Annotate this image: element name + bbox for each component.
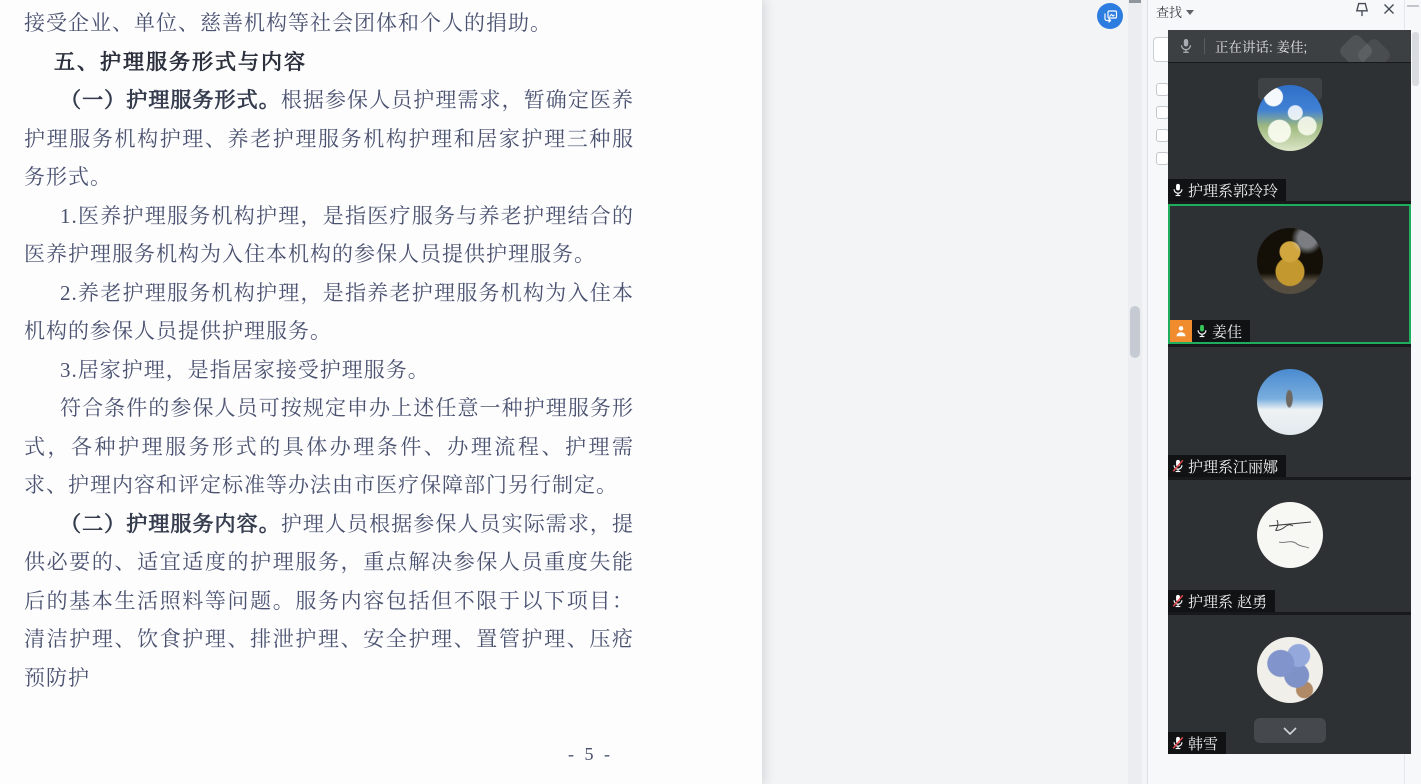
participant-name-chip: 护理系江丽娜 [1168,455,1286,477]
participant-name-chip: 韩雪 [1168,732,1226,754]
mic-muted-icon [1171,736,1185,750]
doc-paragraph: 3.居家护理，是指居家接受护理服务。 [24,351,634,390]
document-scrollbar-thumb[interactable] [1130,306,1140,358]
doc-paragraph: 符合条件的参保人员可按规定申办上述任意一种护理服务形式，各种护理服务形式的具体办… [24,389,634,505]
avatar [1257,637,1323,703]
participant-name-chip: 姜佳 [1192,320,1250,342]
close-panel-button[interactable] [1382,2,1398,18]
active-speaker-bar: 正在讲话: 姜佳; [1168,30,1411,62]
doc-paragraph: 2.养老护理服务机构护理，是指养老护理服务机构为入住本机构的参保人员提供护理服务… [24,274,634,351]
doc-paragraph: （一）护理服务形式。根据参保人员护理需求，暂确定医养护理服务机构护理、养老护理服… [24,81,634,197]
find-label: 查找 [1156,2,1182,21]
doc-lead: （二）护理服务内容。 [60,512,281,536]
avatar [1257,228,1323,294]
participant-name: 护理系 赵勇 [1188,591,1267,612]
participant-name: 护理系江丽娜 [1188,456,1278,477]
pin-button[interactable] [1353,1,1373,21]
microphone-icon [1178,38,1194,54]
doc-text: 1.医养护理服务机构护理，是指医疗服务与养老护理结合的医养护理服务机构为入住本机… [24,204,634,267]
participant-name-chip: 护理系郭玲玲 [1168,179,1286,201]
insert-picture-icon [1102,8,1119,25]
document-scrollbar-top-dash [1129,0,1141,3]
doc-heading: 五、护理服务形式与内容 [24,43,634,82]
meeting-participants-panel: 正在讲话: 姜佳; 护理系郭玲玲 [1168,30,1411,753]
active-speaker-text: 正在讲话: 姜佳; [1215,36,1307,56]
doc-text: 2.养老护理服务机构护理，是指养老护理服务机构为入住本机构的参保人员提供护理服务… [24,281,634,344]
panel-top-dash [1407,5,1419,7]
avatar [1257,502,1323,568]
find-dropdown[interactable]: 查找 [1156,2,1194,21]
chevron-down-icon [1281,726,1299,736]
doc-paragraph: （二）护理服务内容。护理人员根据参保人员实际需求，提供必要的、适宜适度的护理服务… [24,505,634,698]
participant-name-chip: 护理系 赵勇 [1168,590,1275,612]
mic-on-icon [1171,183,1185,197]
doc-lead: （一）护理服务形式。 [60,88,281,112]
scroll-down-button[interactable] [1254,718,1326,743]
doc-paragraph: 1.医养护理服务机构护理，是指医疗服务与养老护理结合的医养护理服务机构为入住本机… [24,197,634,274]
picture-tool-button[interactable] [1097,3,1123,29]
document-scrollbar-track[interactable] [1128,0,1142,784]
doc-text: 3.居家护理，是指居家接受护理服务。 [60,358,430,382]
participant-tile[interactable]: 韩雪 [1168,615,1411,754]
mic-muted-icon [1171,594,1185,608]
page-number: - 5 - [568,744,613,765]
caret-down-icon [1186,10,1194,15]
divider [1204,38,1205,54]
participant-name: 姜佳 [1212,321,1242,342]
presenter-badge [1170,320,1192,342]
participant-tile[interactable]: 护理系郭玲玲 [1168,63,1411,201]
participant-tile[interactable]: 护理系 赵勇 [1168,480,1411,612]
presenter-person-icon [1174,324,1188,338]
doc-text: 接受企业、单位、慈善机构等社会团体和个人的捐助。 [24,11,552,35]
pin-icon [1353,1,1371,19]
avatar [1257,369,1323,435]
document-page: 接受企业、单位、慈善机构等社会团体和个人的捐助。 五、护理服务形式与内容 （一）… [0,0,762,784]
participant-tile[interactable]: 护理系江丽娜 [1168,347,1411,477]
participant-name: 护理系郭玲玲 [1188,180,1278,201]
participant-name: 韩雪 [1188,733,1218,754]
panel-scrollbar-thumb[interactable] [1412,32,1419,86]
doc-heading-text: 五、护理服务形式与内容 [54,50,307,74]
doc-text: 护理人员根据参保人员实际需求，提供必要的、适宜适度的护理服务，重点解决参保人员重… [24,512,634,690]
close-icon [1382,2,1396,16]
participant-tile-active-speaker[interactable]: 姜佳 [1168,204,1411,344]
mic-muted-icon [1171,459,1185,473]
avatar [1257,85,1323,151]
mic-active-icon [1195,324,1209,338]
doc-paragraph: 接受企业、单位、慈善机构等社会团体和个人的捐助。 [24,4,634,43]
doc-text: 符合条件的参保人员可按规定申办上述任意一种护理服务形式，各种护理服务形式的具体办… [24,396,634,497]
